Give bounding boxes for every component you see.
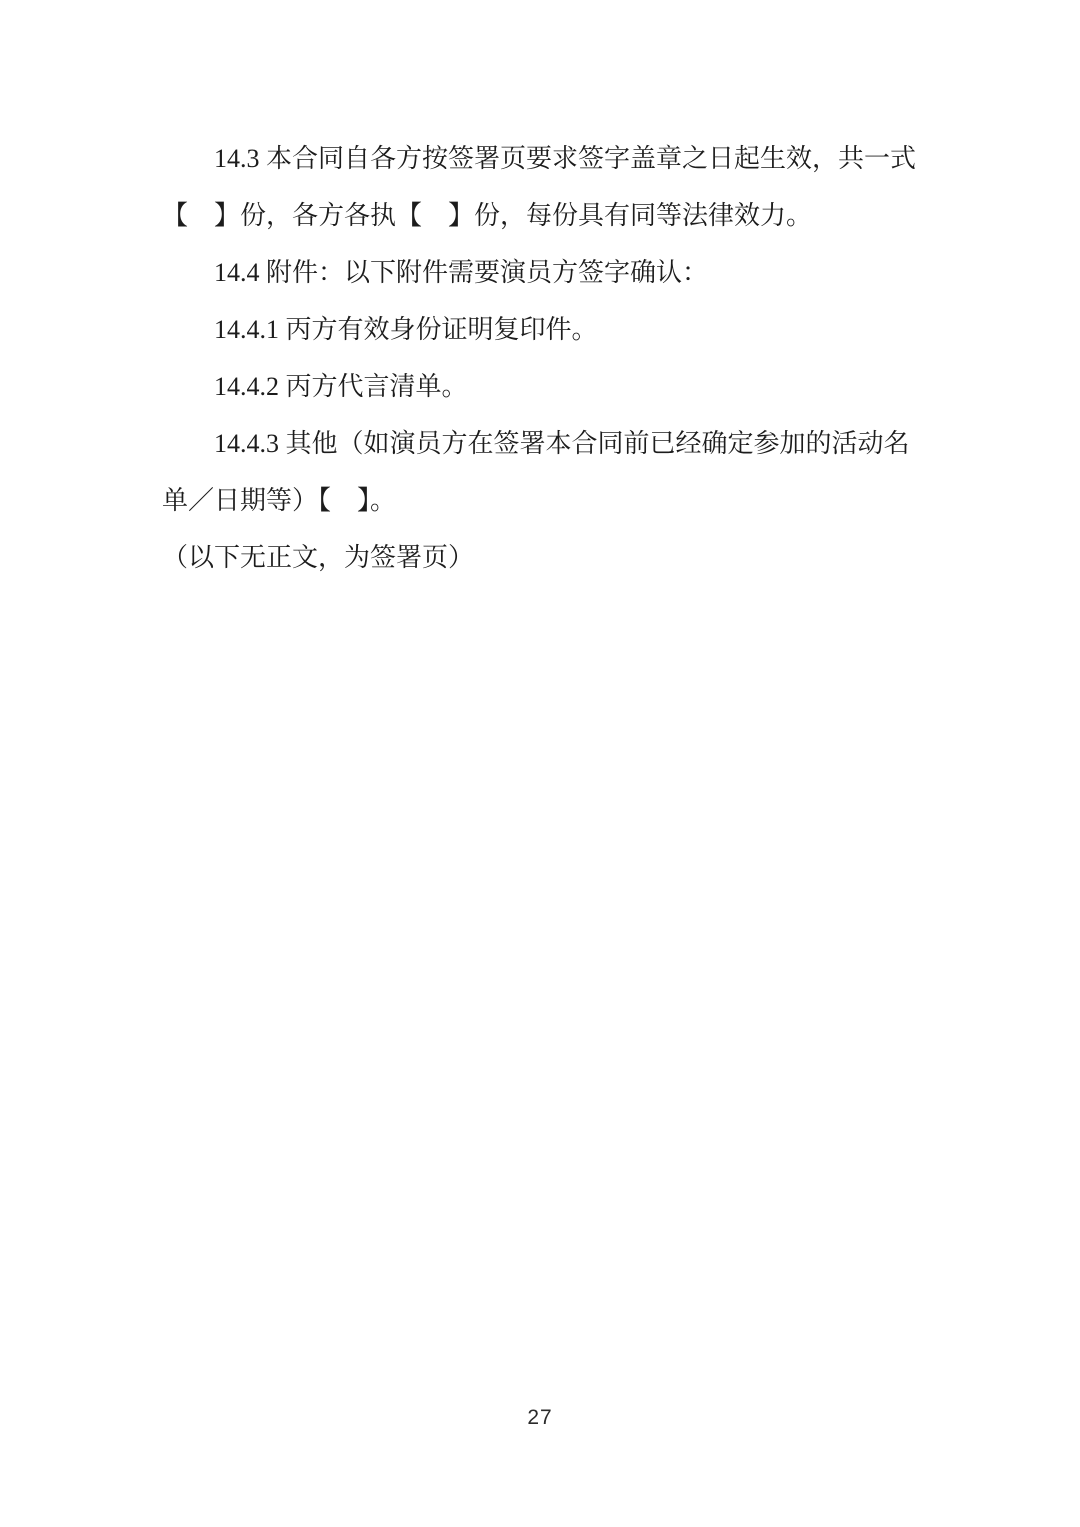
text-line: 【 】份，各方各执【 】份，每份具有同等法律效力。 — [162, 187, 942, 244]
text-line: 14.4.1 丙方有效身份证明复印件。 — [162, 301, 942, 358]
clause-14-4-1: 14.4.1 丙方有效身份证明复印件。 — [162, 301, 942, 358]
text-line: 单／日期等）【 】。 — [162, 472, 942, 529]
signature-page-note: （以下无正文，为签署页） — [162, 529, 942, 586]
text-line: 14.4.3 其他（如演员方在签署本合同前已经确定参加的活动名 — [162, 415, 942, 472]
clause-14-4-2: 14.4.2 丙方代言清单。 — [162, 358, 942, 415]
text-line: 14.3 本合同自各方按签署页要求签字盖章之日起生效，共一式 — [162, 130, 942, 187]
text-line: 14.4 附件：以下附件需要演员方签字确认： — [162, 244, 942, 301]
document-page: 14.3 本合同自各方按签署页要求签字盖章之日起生效，共一式【 】份，各方各执【… — [0, 0, 1080, 1527]
clause-14-3: 14.3 本合同自各方按签署页要求签字盖章之日起生效，共一式【 】份，各方各执【… — [162, 130, 942, 244]
text-line: 14.4.2 丙方代言清单。 — [162, 358, 942, 415]
page-number: 27 — [527, 1406, 552, 1429]
clause-14-4: 14.4 附件：以下附件需要演员方签字确认： — [162, 244, 942, 301]
text-line: （以下无正文，为签署页） — [162, 529, 942, 586]
clause-14-4-3: 14.4.3 其他（如演员方在签署本合同前已经确定参加的活动名单／日期等）【 】… — [162, 415, 942, 529]
page-footer: 27 — [0, 1406, 1080, 1430]
document-body: 14.3 本合同自各方按签署页要求签字盖章之日起生效，共一式【 】份，各方各执【… — [162, 130, 942, 586]
